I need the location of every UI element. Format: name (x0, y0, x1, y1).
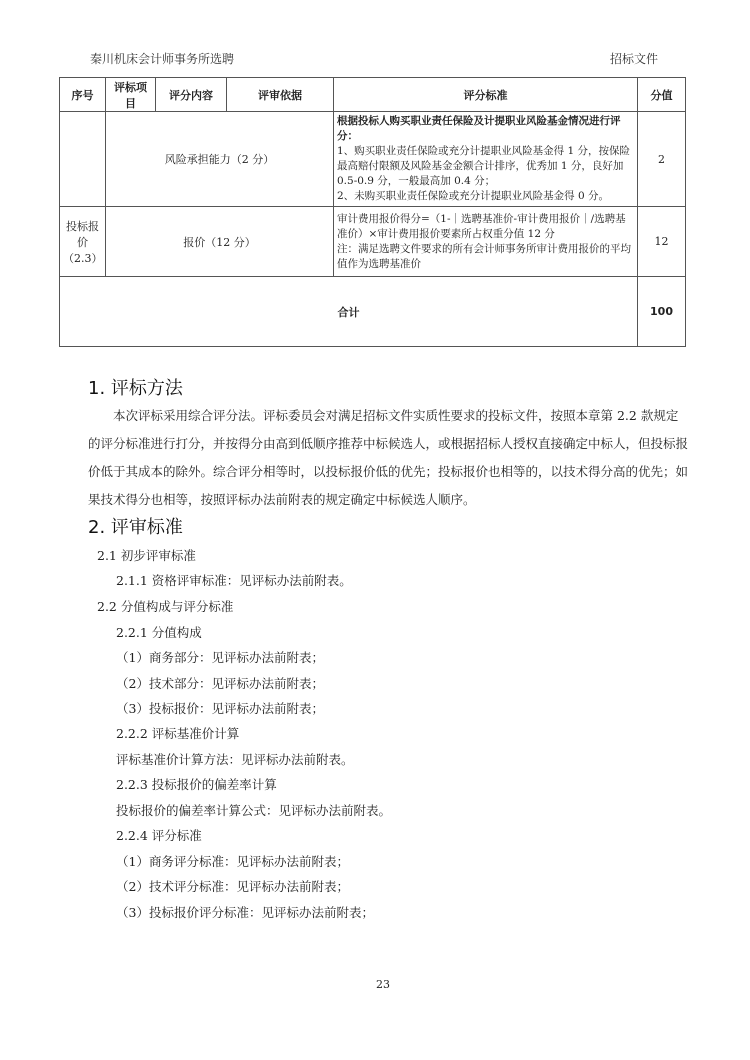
text-line: 评标基准价计算方法：见评标办法前附表。 (116, 750, 354, 768)
criteria-line: 注：满足选聘文件要求的所有会计师事务所审计费用报价的平均值作为选聘基准价 (337, 242, 634, 272)
col-header-basis: 评审依据 (227, 78, 334, 112)
table-row: 投标报价（2.3） 报价（12 分） 审计费用报价得分=（1-｜选聘基准价-审计… (60, 207, 686, 277)
text-line: 2.2.1 分值构成 (116, 623, 202, 641)
criteria-line: 1、购买职业责任保险或充分计提职业风险基金得 1 分，按保险最高赔付限额及风险基… (337, 144, 634, 189)
total-label: 合计 (60, 277, 638, 347)
cell-seq (60, 112, 106, 207)
cell-item: 风险承担能力（2 分） (106, 112, 334, 207)
table-total-row: 合计 100 (60, 277, 686, 347)
table-row: 风险承担能力（2 分） 根据投标人购买职业责任保险及计提职业风险基金情况进行评分… (60, 112, 686, 207)
scoring-table: 序号 评标项目 评分内容 评审依据 评分标准 分值 风险承担能力（2 分） 根据… (59, 77, 686, 347)
cell-seq: 投标报价（2.3） (60, 207, 106, 277)
text-line: 2.2.4 评分标准 (116, 826, 202, 844)
cell-criteria: 审计费用报价得分=（1-｜选聘基准价-审计费用报价｜/选聘基准价）×审计费用报价… (334, 207, 638, 277)
section-2-heading: 2. 评审标准 (88, 513, 183, 539)
subsection-heading: 2.1 初步评审标准 (97, 546, 196, 564)
cell-criteria: 根据投标人购买职业责任保险及计提职业风险基金情况进行评分： 1、购买职业责任保险… (334, 112, 638, 207)
header-org-title: 秦川机床会计师事务所选聘 (90, 50, 234, 67)
text-line: （3）投标报价：见评标办法前附表； (116, 699, 324, 717)
text-line: （3）投标报价评分标准：见评标办法前附表； (116, 903, 374, 921)
criteria-line: 审计费用报价得分=（1-｜选聘基准价-审计费用报价｜/选聘基准价）×审计费用报价… (337, 212, 634, 242)
text-line: （1）商务部分：见评标办法前附表； (116, 648, 324, 666)
criteria-line: 2、未购买职业责任保险或充分计提职业风险基金得 0 分。 (337, 189, 634, 204)
col-header-seq: 序号 (60, 78, 106, 112)
text-line: 投标报价的偏差率计算公式：见评标办法前附表。 (116, 801, 391, 819)
text-line: 2.2.2 评标基准价计算 (116, 724, 239, 742)
col-header-item: 评标项目 (106, 78, 156, 112)
table-header-row: 序号 评标项目 评分内容 评审依据 评分标准 分值 (60, 78, 686, 112)
col-header-score: 分值 (638, 78, 686, 112)
col-header-content: 评分内容 (156, 78, 227, 112)
col-header-criteria: 评分标准 (334, 78, 638, 112)
section-1-heading: 1. 评标方法 (88, 374, 183, 400)
total-score: 100 (638, 277, 686, 347)
header-doc-type: 招标文件 (610, 50, 658, 67)
cell-score: 12 (638, 207, 686, 277)
criteria-title: 根据投标人购买职业责任保险及计提职业风险基金情况进行评分： (337, 114, 634, 144)
text-line: （2）技术部分：见评标办法前附表； (116, 674, 324, 692)
section-1-body: 本次评标采用综合评分法。评标委员会对满足招标文件实质性要求的投标文件，按照本章第… (88, 402, 688, 514)
cell-score: 2 (638, 112, 686, 207)
subsection-heading: 2.2 分值构成与评分标准 (97, 597, 233, 615)
text-line: （2）技术评分标准：见评标办法前附表； (116, 877, 349, 895)
text-line: 2.2.3 投标报价的偏差率计算 (116, 775, 277, 793)
cell-item: 报价（12 分） (106, 207, 334, 277)
text-line: （1）商务评分标准：见评标办法前附表； (116, 852, 349, 870)
text-line: 2.1.1 资格评审标准：见评标办法前附表。 (116, 571, 352, 589)
page-number: 23 (376, 978, 390, 991)
